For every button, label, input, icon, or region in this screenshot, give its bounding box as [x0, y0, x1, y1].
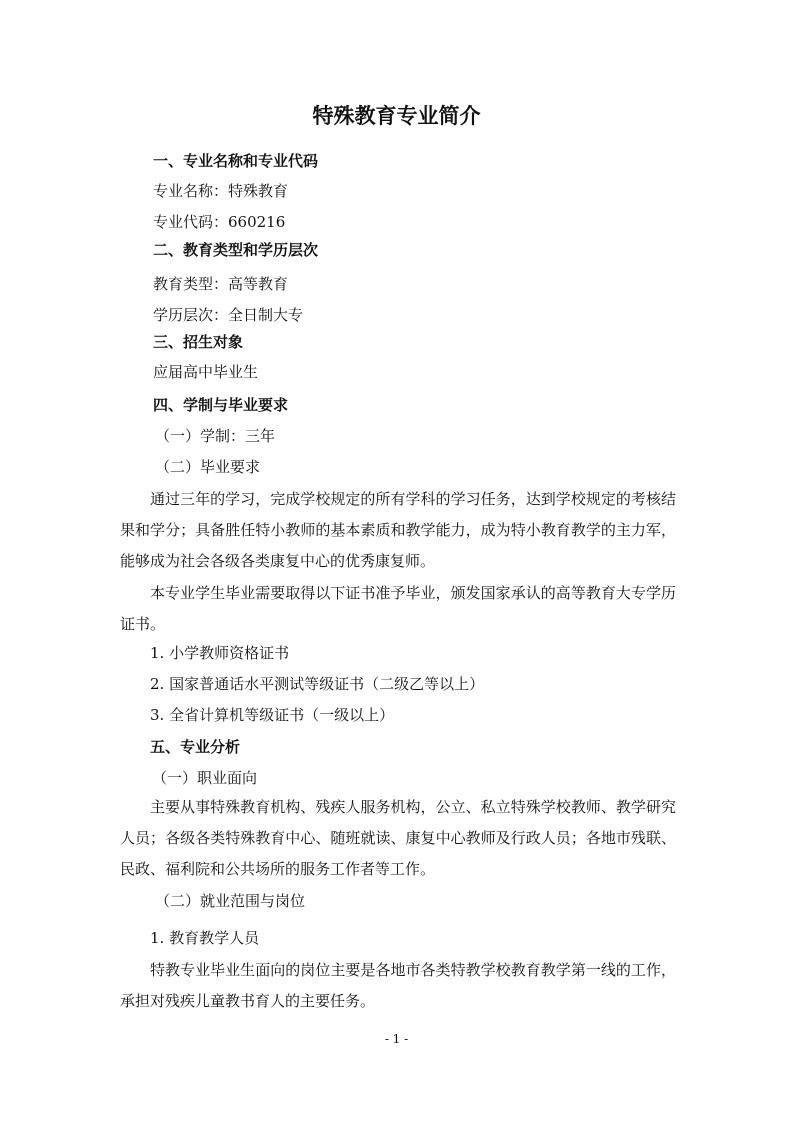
education-type: 教育类型：高等教育	[153, 274, 288, 294]
enrollment-target: 应届高中毕业生	[153, 362, 258, 382]
career-orientation-heading: （一）职业面向	[152, 768, 257, 788]
section-heading-5: 五、专业分析	[150, 737, 240, 757]
career-orientation-paragraph: 主要从事特殊教育机构、残疾人服务机构，公立、私立特殊学校教师、教学研究人员；各级…	[120, 792, 676, 885]
graduation-requirements-heading: （二）毕业要求	[155, 457, 260, 477]
section-heading-3: 三、招生对象	[153, 332, 243, 352]
certificate-intro-paragraph: 本专业学生毕业需要取得以下证书准予毕业，颁发国家承认的高等教育大专学历证书。	[120, 578, 676, 640]
certificate-item-1: 1. 小学教师资格证书	[150, 643, 289, 663]
section-heading-1: 一、专业名称和专业代码	[153, 151, 318, 171]
major-name: 专业名称：特殊教育	[153, 181, 288, 201]
employment-paragraph: 特教专业毕业生面向的岗位主要是各地市各类特教学校教育教学第一线的工作，承担对残疾…	[120, 955, 676, 1017]
document-title: 特殊教育专业简介	[0, 100, 793, 130]
section-heading-2: 二、教育类型和学历层次	[153, 240, 318, 260]
section-heading-4: 四、学制与毕业要求	[153, 395, 288, 415]
major-code: 专业代码：660216	[153, 212, 285, 232]
employment-scope-heading: （二）就业范围与岗位	[155, 891, 305, 911]
graduation-requirements-paragraph: 通过三年的学习，完成学校规定的所有学科的学习任务，达到学校规定的考核结果和学分；…	[120, 484, 676, 577]
certificate-item-2: 2. 国家普通话水平测试等级证书（二级乙等以上）	[150, 674, 484, 694]
duration: （一）学制：三年	[155, 426, 275, 446]
certificate-item-3: 3. 全省计算机等级证书（一级以上）	[150, 705, 394, 725]
page-number: - 1 -	[0, 1032, 793, 1046]
education-level: 学历层次：全日制大专	[153, 305, 303, 325]
employment-item-1: 1. 教育教学人员	[150, 928, 259, 948]
